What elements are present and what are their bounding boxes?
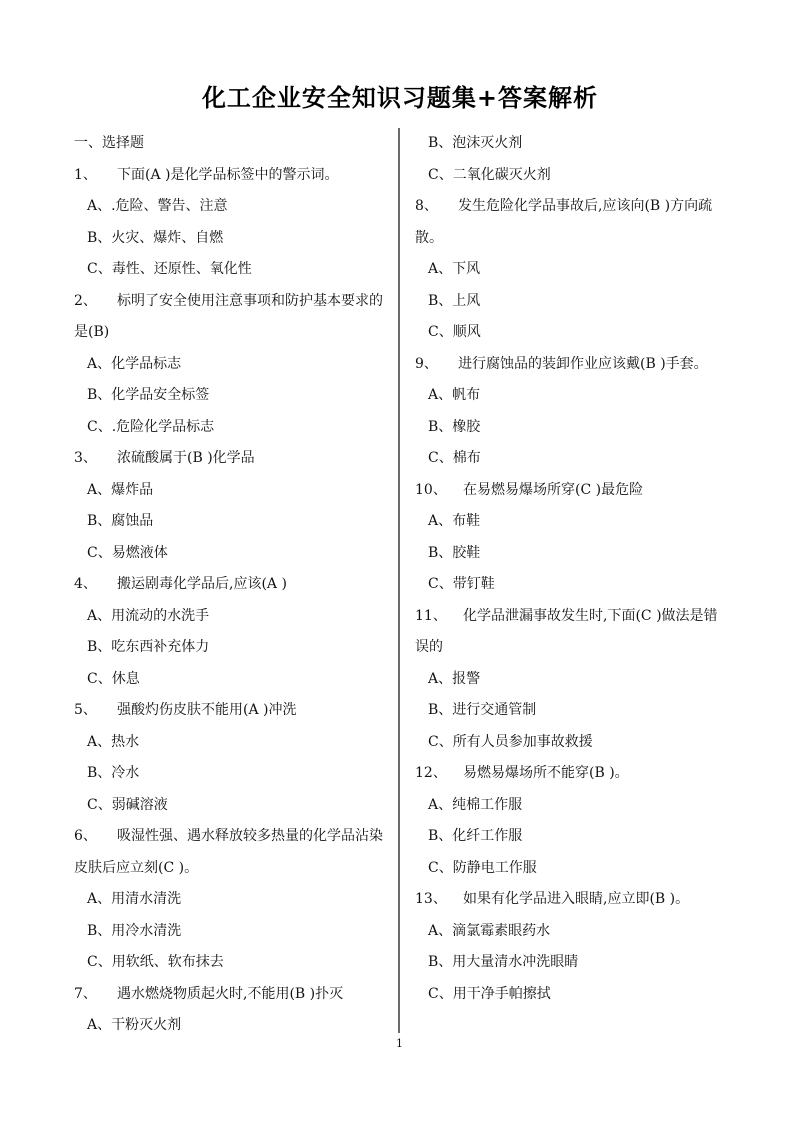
- answer-option: A、爆炸品: [74, 475, 392, 507]
- answer-option: B、冷水: [74, 758, 392, 790]
- question-text: 化学品泄漏事故发生时,下面(C )做法是错: [463, 608, 718, 624]
- question-text: 发生危险化学品事故后,应该向(B )方向疏: [458, 198, 712, 214]
- question-number: 12、: [415, 758, 463, 790]
- answer-option: B、吃东西补充体力: [74, 632, 392, 664]
- question-number: 8、: [415, 191, 458, 223]
- question-line: 5、强酸灼伤皮肤不能用(A )冲洗: [74, 695, 392, 727]
- answer-option: A、用清水清洗: [74, 884, 392, 916]
- section-heading: 一、选择题: [74, 128, 392, 160]
- question-line: 8、发生危险化学品事故后,应该向(B )方向疏: [415, 191, 745, 223]
- answer-option: A、报警: [415, 664, 745, 696]
- right-question-list: B、泡沫灭火剂C、二氧化碳灭火剂8、发生危险化学品事故后,应该向(B )方向疏散…: [415, 128, 745, 1010]
- answer-option: B、用大量清水冲洗眼睛: [415, 947, 745, 979]
- answer-option: C、易燃液体: [74, 538, 392, 570]
- question-line: 9、进行腐蚀品的装卸作业应该戴(B )手套。: [415, 349, 745, 381]
- question-continuation: 是(B): [74, 317, 392, 349]
- question-continuation: 散。: [415, 223, 745, 255]
- answer-option: B、用冷水清洗: [74, 916, 392, 948]
- question-line: 6、吸湿性强、遇水释放较多热量的化学品沾染: [74, 821, 392, 853]
- question-line: 13、如果有化学品进入眼睛,应立即(B )。: [415, 884, 745, 916]
- question-line: 3、浓硫酸属于(B )化学品: [74, 443, 392, 475]
- question-number: 3、: [74, 443, 117, 475]
- answer-option: C、用干净手帕擦拭: [415, 979, 745, 1011]
- question-text: 强酸灼伤皮肤不能用(A )冲洗: [117, 702, 296, 718]
- left-column: 一、选择题 1、下面(A )是化学品标签中的警示词。A、.危险、警告、注意B、火…: [74, 128, 392, 1042]
- question-text: 遇水燃烧物质起火时,不能用(B )扑灭: [117, 986, 343, 1002]
- answer-option: A、化学品标志: [74, 349, 392, 381]
- answer-option: C、顺风: [415, 317, 745, 349]
- answer-option: A、用流动的水洗手: [74, 601, 392, 633]
- question-line: 11、化学品泄漏事故发生时,下面(C )做法是错: [415, 601, 745, 633]
- answer-option: B、泡沫灭火剂: [415, 128, 745, 160]
- page-number: 1: [396, 1037, 403, 1050]
- answer-option: A、下风: [415, 254, 745, 286]
- question-line: 12、易燃易爆场所不能穿(B )。: [415, 758, 745, 790]
- question-text: 下面(A )是化学品标签中的警示词。: [117, 167, 338, 183]
- document-title: 化工企业安全知识习题集+答案解析: [0, 78, 800, 113]
- answer-option: C、防静电工作服: [415, 853, 745, 885]
- question-line: 2、标明了安全使用注意事项和防护基本要求的: [74, 286, 392, 318]
- question-continuation: 误的: [415, 632, 745, 664]
- question-number: 6、: [74, 821, 117, 853]
- answer-option: B、化纤工作服: [415, 821, 745, 853]
- answer-option: C、弱碱溶液: [74, 790, 392, 822]
- answer-option: C、用软纸、软布抹去: [74, 947, 392, 979]
- answer-option: A、.危险、警告、注意: [74, 191, 392, 223]
- answer-option: C、毒性、还原性、氧化性: [74, 254, 392, 286]
- question-text: 搬运剧毒化学品后,应该(A ): [117, 576, 287, 592]
- answer-option: C、所有人员参加事故救援: [415, 727, 745, 759]
- question-text: 在易燃易爆场所穿(C )最危险: [463, 482, 643, 498]
- question-number: 7、: [74, 979, 117, 1011]
- answer-option: C、带钉鞋: [415, 569, 745, 601]
- answer-option: A、热水: [74, 727, 392, 759]
- column-divider: [398, 128, 400, 1033]
- question-number: 4、: [74, 569, 117, 601]
- right-column: B、泡沫灭火剂C、二氧化碳灭火剂8、发生危险化学品事故后,应该向(B )方向疏散…: [415, 128, 745, 1010]
- question-number: 2、: [74, 286, 117, 318]
- question-text: 吸湿性强、遇水释放较多热量的化学品沾染: [117, 828, 383, 844]
- answer-option: B、腐蚀品: [74, 506, 392, 538]
- answer-option: A、帆布: [415, 380, 745, 412]
- answer-option: C、棉布: [415, 443, 745, 475]
- question-number: 11、: [415, 601, 463, 633]
- question-line: 7、遇水燃烧物质起火时,不能用(B )扑灭: [74, 979, 392, 1011]
- question-continuation: 皮肤后应立刻(C )。: [74, 853, 392, 885]
- answer-option: A、布鞋: [415, 506, 745, 538]
- question-text: 如果有化学品进入眼睛,应立即(B )。: [463, 891, 689, 907]
- answer-option: B、火灾、爆炸、自燃: [74, 223, 392, 255]
- question-number: 10、: [415, 475, 463, 507]
- answer-option: A、滴氯霉素眼药水: [415, 916, 745, 948]
- question-line: 10、在易燃易爆场所穿(C )最危险: [415, 475, 745, 507]
- question-text: 进行腐蚀品的装卸作业应该戴(B )手套。: [458, 356, 708, 372]
- question-text: 浓硫酸属于(B )化学品: [117, 450, 255, 466]
- answer-option: A、干粉灭火剂: [74, 1010, 392, 1042]
- answer-option: B、胶鞋: [415, 538, 745, 570]
- question-line: 4、搬运剧毒化学品后,应该(A ): [74, 569, 392, 601]
- question-number: 9、: [415, 349, 458, 381]
- answer-option: A、纯棉工作服: [415, 790, 745, 822]
- answer-option: B、化学品安全标签: [74, 380, 392, 412]
- question-number: 1、: [74, 160, 117, 192]
- answer-option: C、.危险化学品标志: [74, 412, 392, 444]
- answer-option: C、二氧化碳灭火剂: [415, 160, 745, 192]
- question-text: 易燃易爆场所不能穿(B )。: [463, 765, 629, 781]
- answer-option: C、休息: [74, 664, 392, 696]
- question-number: 13、: [415, 884, 463, 916]
- answer-option: B、进行交通管制: [415, 695, 745, 727]
- question-number: 5、: [74, 695, 117, 727]
- question-line: 1、下面(A )是化学品标签中的警示词。: [74, 160, 392, 192]
- answer-option: B、上风: [415, 286, 745, 318]
- left-question-list: 1、下面(A )是化学品标签中的警示词。A、.危险、警告、注意B、火灾、爆炸、自…: [74, 160, 392, 1042]
- answer-option: B、橡胶: [415, 412, 745, 444]
- question-text: 标明了安全使用注意事项和防护基本要求的: [117, 293, 383, 309]
